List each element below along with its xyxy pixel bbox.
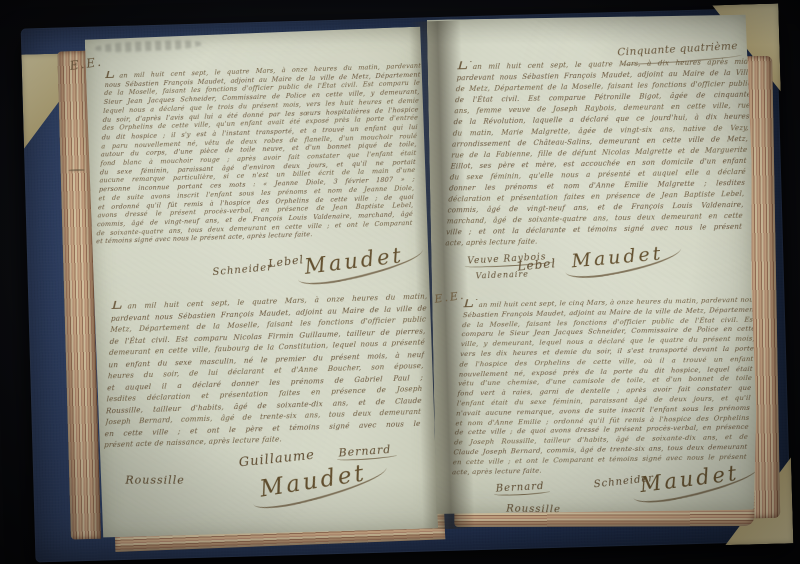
act-record-left-2: L'an mil huit cent sept, le quatre Mars,… bbox=[104, 291, 428, 451]
act-record-left-1: L'an mil huit cent sept, le quatre Mars,… bbox=[96, 61, 421, 247]
act-record-right-1: L'an mil huit cent sept, le quatre Mars,… bbox=[445, 56, 754, 250]
act-record-right-2: L'an mil huit cent sept, le cinq Mars, à… bbox=[452, 294, 758, 478]
signature-guillaume: Guillaume bbox=[238, 448, 316, 471]
signature-bernard: Bernard bbox=[338, 443, 392, 460]
signature-roussille: Roussille bbox=[125, 474, 184, 487]
signature-lebel: Lebel bbox=[268, 253, 305, 270]
register-book: L'an mil huit cent sept, le quatre Mars,… bbox=[21, 8, 792, 563]
left-page: L'an mil huit cent sept, le quatre Mars,… bbox=[85, 27, 438, 540]
right-page: Cinquante quatrième L'an mil huit cent s… bbox=[427, 14, 758, 516]
signature-maudet: Maudet bbox=[303, 243, 405, 279]
signature-bernard: Bernard bbox=[496, 481, 545, 495]
register-photo: L'an mil huit cent sept, le quatre Mars,… bbox=[0, 0, 800, 564]
signature-lebel: Lebel bbox=[517, 256, 557, 273]
signature-schneider: Schneider bbox=[212, 262, 273, 278]
